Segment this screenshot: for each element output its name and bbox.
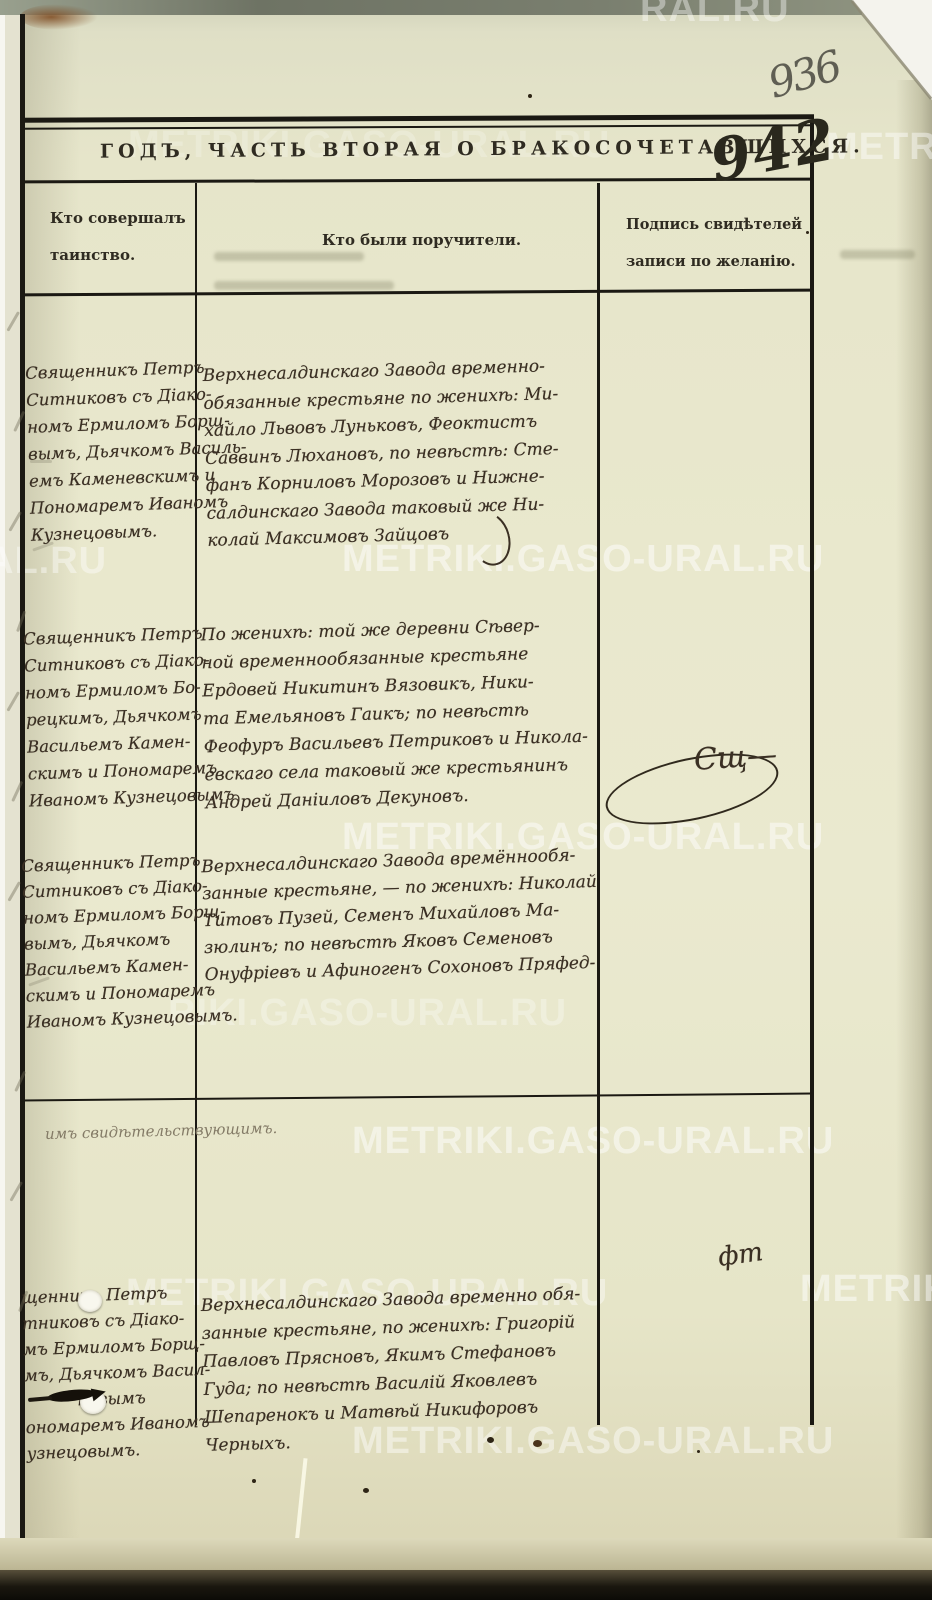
paper-speck: [528, 94, 532, 98]
print-through-smudge: [214, 252, 364, 261]
entry4-guarantors-text: Верхнесалдинскаго Завода временно обя-за…: [200, 1280, 585, 1460]
paper-speck: [363, 1488, 369, 1493]
bleed-through-mark: [30, 460, 52, 463]
burn-stain: [20, 4, 98, 30]
entry1-guarantors-text: Верхнесалдинскаго Завода временно-обязан…: [202, 353, 562, 555]
entry4-witness-signature: фт: [716, 1237, 765, 1273]
text-line: записи по желанію.: [626, 243, 776, 280]
print-through-smudge: [840, 250, 915, 259]
watermark-text: RAL.RU: [640, 0, 790, 31]
watermark-text: METRIK: [800, 1268, 932, 1311]
entry3-guarantors-text: Верхнесалдинскаго Завода времённообя-зан…: [201, 842, 600, 989]
paper-speck: [533, 1440, 542, 1447]
paper-speck: [252, 1479, 256, 1483]
book-bottom-edge: [0, 1570, 932, 1600]
column-header-performer: Кто совершалътаинство.: [50, 200, 186, 274]
paper-speck: [487, 1437, 494, 1443]
text-line: Кто совершалъ: [50, 200, 186, 237]
entry2-guarantors-text: По женихѣ: той же деревни Сѣвер-ной врем…: [200, 611, 589, 818]
entry2-witness-signature: Сщ—: [596, 728, 816, 838]
paper-speck: [697, 1450, 700, 1453]
watermark-text: METRIKI.GASO-URAL.RU: [352, 1120, 834, 1163]
text-line: таинство.: [50, 237, 186, 274]
text-line: Подпись свидѣтелей: [626, 206, 776, 243]
signature-text: Сщ—: [693, 737, 778, 778]
print-through-smudge: [214, 281, 394, 290]
entry4-performer-text: щенникъ Петрътниковъ съ Діако-мъ Ермилом…: [21, 1279, 214, 1467]
scanned-register-page: METRIKI.GASO-URAL.RU RAL.RU METRIK AL.RU…: [0, 0, 932, 1600]
paper-speck: [806, 231, 809, 234]
punch-hole: [78, 1290, 102, 1312]
column-header-signatures: Подпись свидѣтелейзаписи по желанію.: [626, 206, 776, 280]
paper-right-edge-shading: [896, 80, 932, 1570]
